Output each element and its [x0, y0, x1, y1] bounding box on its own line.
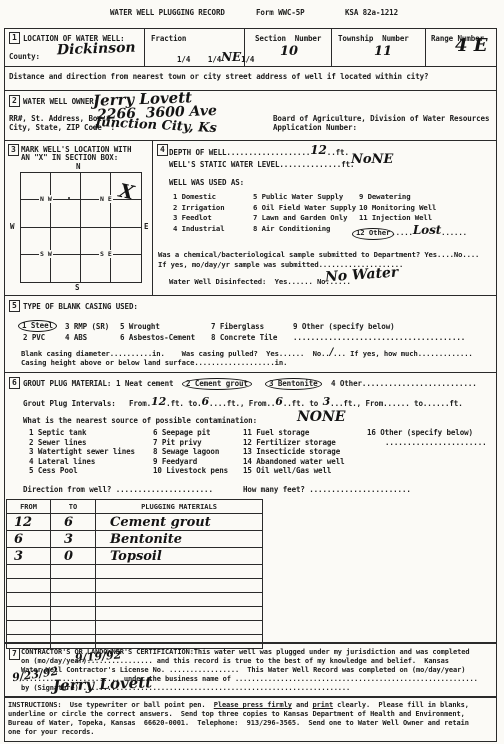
casing-option-asbestos: 6 Asbestos-Cement — [120, 333, 195, 342]
col-header-to: TO — [51, 500, 96, 514]
use-option: 7 Lawn and Garden Only — [253, 213, 356, 224]
table-row-empty — [7, 593, 263, 607]
table-header-row: FROM TO PLUGGING MATERIALS — [7, 500, 263, 514]
interval1-from-handwritten: 12 — [151, 395, 166, 408]
grout-option-bentonite: 3 Bentonite — [268, 379, 319, 388]
range-number-value: 4 E — [455, 37, 488, 55]
use-other-value-handwritten: Lost — [413, 223, 441, 237]
table-row: 3 0 Topsoil — [7, 548, 263, 565]
form-number: Form WWC-5P — [256, 8, 305, 17]
fraction-value: 1/4 1/4NE1/4 — [177, 52, 254, 64]
grout-option-other: 4 Other.......................... — [331, 379, 477, 388]
static-level-value-handwritten: NoNE — [351, 153, 393, 166]
section7-number: 7 — [9, 648, 20, 660]
use-option: 10 Monitoring Well — [359, 203, 436, 214]
contamination-option: 4 Lateral lines — [29, 457, 135, 467]
section5-number: 5 — [9, 300, 20, 312]
instructions-line4: one for your records. — [8, 728, 94, 736]
county-label: County: — [9, 52, 40, 61]
circled-steel-option: 1 Steel — [18, 320, 57, 332]
instructions-line2: underline or circle the correct answers.… — [8, 710, 465, 718]
uses-column1: 1 Domestic 2 Irrigation 3 Feedlot 4 Indu… — [173, 192, 225, 234]
fraction-label: Fraction — [151, 34, 186, 43]
water-well-plugging-record-form: WATER WELL PLUGGING RECORD Form WWC-5P K… — [0, 0, 504, 744]
form-title: WATER WELL PLUGGING RECORD — [110, 8, 225, 17]
contamination-option: 13 Insecticide storage — [243, 447, 345, 457]
material-value-handwritten: Bentonite — [96, 533, 262, 546]
township-number-value: 11 — [374, 45, 392, 58]
from-value-handwritten: 6 — [7, 533, 50, 546]
contamination-option: 6 Seepage pit — [153, 428, 228, 438]
section6-number: 6 — [9, 377, 20, 389]
casing-option-concrete: 8 Concrete Tile — [211, 333, 277, 342]
contamination-column2: 6 Seepage pit 7 Pit privy 8 Sewage lagoo… — [153, 428, 228, 476]
from-value-handwritten: 12 — [7, 516, 50, 529]
divider — [5, 66, 496, 67]
plugging-materials-table: FROM TO PLUGGING MATERIALS 12 6 Cement g… — [6, 499, 263, 649]
col-header-plugging-materials: PLUGGING MATERIALS — [96, 500, 263, 514]
table-row: 6 3 Bentonite — [7, 531, 263, 548]
depth-of-well-line: DEPTH OF WELL...................12..ft. — [169, 145, 349, 157]
contamination-question: What is the nearest source of possible c… — [23, 416, 257, 425]
contamination-option: 7 Pit privy — [153, 438, 228, 448]
contamination-option: 16 Other (specify below) — [367, 428, 487, 438]
board-of-agriculture-label: Board of Agriculture, Division of Water … — [273, 114, 489, 123]
contamination-option: 11 Fuel storage — [243, 428, 345, 438]
casing-option-other: 9 Other (specify below) — [293, 322, 395, 331]
section2-number: 2 — [9, 95, 20, 107]
disinfected-value-handwritten: No Water — [325, 265, 399, 284]
grid-east-label: E — [144, 222, 148, 231]
from-value-handwritten: 3 — [7, 550, 50, 563]
section3-number: 3 — [8, 144, 19, 156]
table-row-empty — [7, 621, 263, 635]
casing-pulled-no-mark: / — [330, 347, 334, 358]
section1-location-box: 1 LOCATION OF WATER WELL: Fraction Secti… — [4, 28, 497, 91]
use-option: 4 Industrial — [173, 224, 225, 235]
circled-use-other: 12 Other — [352, 228, 394, 240]
grout-option-cement-grout: 2 Cement grout — [185, 379, 249, 388]
disinfected-line: Water Well Disinfected: Yes...... No....… — [169, 278, 351, 287]
to-value-handwritten: 0 — [51, 550, 95, 563]
section5-title: TYPE OF BLANK CASING USED: — [23, 302, 138, 311]
sample-question-line1: Was a chemical/bacteriological sample su… — [158, 251, 479, 260]
grid-nw-label: N W — [39, 195, 53, 203]
casing-option-pvc: 2 PVC — [23, 333, 45, 342]
use-option-other-line: 12 Other.....Lost...... — [355, 225, 467, 238]
grid-north-label: N — [76, 162, 80, 171]
interval2-to-handwritten: 3 — [323, 395, 331, 408]
section-number-value: 10 — [280, 45, 298, 58]
use-option: 6 Oil Field Water Supply — [253, 203, 356, 214]
use-option: 2 Irrigation — [173, 203, 225, 214]
contamination-option: 15 Oil well/Gas well — [243, 466, 345, 476]
material-value-handwritten: Cement grout — [96, 516, 262, 529]
section1-number: 1 — [9, 32, 20, 44]
interval2-from-handwritten: 6 — [275, 395, 283, 408]
county-value-handwritten: Dickinson — [57, 41, 136, 58]
grid-dot-mark — [68, 197, 70, 199]
static-water-level-line: WELL'S STATIC WATER LEVEL..............f… — [169, 160, 354, 169]
section4-number: 4 — [157, 144, 168, 156]
statute-number: KSA 82a-1212 — [345, 8, 398, 17]
casing-option-wrought: 5 Wrought — [120, 322, 160, 331]
use-option: 11 Injection Well — [359, 213, 436, 224]
instructions-line3: Bureau of Water, Topeka, Kansas 66620-00… — [8, 719, 469, 727]
material-value-handwritten: Topsoil — [96, 550, 262, 563]
table-row-empty — [7, 607, 263, 621]
section7-certification-box: 7 CONTRACTOR'S OR LANDOWNER'S CERTIFICAT… — [4, 643, 497, 697]
section-number-label: Section Number — [255, 34, 321, 43]
to-value-handwritten: 3 — [51, 533, 95, 546]
grout-option-neat-cement: 1 Neat cement — [116, 379, 173, 388]
uses-column3: 9 Dewatering 10 Monitoring Well 11 Injec… — [359, 192, 436, 224]
casing-option-fiberglass: 7 Fiberglass — [211, 322, 264, 331]
grid-line — [21, 227, 141, 228]
grid-sw-label: S W — [39, 250, 53, 258]
interval1-to-handwritten: 6 — [201, 395, 209, 408]
grout-material-label: GROUT PLUG MATERIAL: — [23, 379, 111, 388]
casing-other-dots: ....................................... — [293, 333, 465, 342]
contamination-option: 3 Watertight sewer lines — [29, 447, 135, 457]
well-used-as-label: WELL WAS USED AS: — [169, 178, 244, 187]
table-row-empty — [7, 579, 263, 593]
contamination-option: 10 Livestock pens — [153, 466, 228, 476]
table-row: 12 6 Cement grout — [7, 514, 263, 531]
contamination-option: 1 Septic tank — [29, 428, 135, 438]
contamination-option: 14 Abandoned water well — [243, 457, 345, 467]
underlined-press-firmly: Please press firmly — [214, 701, 292, 709]
grid-south-label: S — [75, 283, 79, 292]
uses-column2: 5 Public Water Supply 6 Oil Field Water … — [253, 192, 356, 234]
contamination-option: 9 Feedyard — [153, 457, 228, 467]
grid-west-label: W — [10, 222, 14, 231]
section6-grout-box: 6 GROUT PLUG MATERIAL: 1 Neat cement 2 C… — [4, 372, 497, 643]
contamination-column1: 1 Septic tank 2 Sewer lines 3 Watertight… — [29, 428, 135, 476]
depth-value-handwritten: 12 — [310, 143, 327, 157]
instructions-box: INSTRUCTIONS: Use typewriter or ball poi… — [4, 697, 497, 742]
use-option: 3 Feedlot — [173, 213, 225, 224]
section4-depth-box: 4 DEPTH OF WELL...................12..ft… — [152, 140, 497, 296]
casing-option-rmp: 3 RMP (SR) — [65, 322, 109, 331]
certification-line3: Water Well Contractor's License No. ....… — [21, 666, 465, 674]
owner-label: WATER WELL OWNER: — [23, 97, 98, 106]
application-number-label: Application Number: — [273, 123, 357, 132]
contamination-value-handwritten: NONE — [297, 410, 345, 424]
section3-title-line2: AN "X" IN SECTION BOX: — [21, 153, 118, 162]
section2-owner-box: 2 WATER WELL OWNER: Jerry Lovett RR#, St… — [4, 90, 497, 141]
use-option: 9 Dewatering — [359, 192, 436, 203]
circled-cement-grout: 2 Cement grout — [182, 378, 252, 390]
date-plugged-handwritten: 9/19/92 — [75, 649, 122, 663]
contamination-column3: 11 Fuel storage 12 Fertilizer storage 13… — [243, 428, 345, 476]
grid-se-label: S E — [99, 250, 113, 258]
grout-intervals-line: Grout Plug Intervals: From.12.ft. to.6..… — [23, 397, 463, 408]
col-header-from: FROM — [7, 500, 51, 514]
casing-height-line: Casing height above or below land surfac… — [21, 359, 287, 368]
circled-bentonite: 3 Bentonite — [265, 378, 322, 390]
township-number-label: Township Number — [338, 34, 409, 43]
contamination-option: 2 Sewer lines — [29, 438, 135, 448]
contamination-option: 8 Sewage lagoon — [153, 447, 228, 457]
how-many-feet-question: How many feet? ....................... — [243, 485, 411, 494]
casing-option-steel: 1 Steel — [21, 321, 54, 330]
fraction-handwritten: NE — [221, 50, 241, 64]
instructions-line1: INSTRUCTIONS: Use typewriter or ball poi… — [8, 701, 469, 709]
use-option: 1 Domestic — [173, 192, 225, 203]
divider — [331, 29, 332, 66]
section3-location-grid-box: 3 MARK WELL'S LOCATION WITH AN "X" IN SE… — [4, 140, 153, 296]
distance-question: Distance and direction from nearest town… — [9, 72, 428, 81]
direction-from-well-question: Direction from well? ...................… — [23, 485, 213, 494]
to-value-handwritten: 6 — [51, 516, 95, 529]
use-option: 8 Air Conditioning — [253, 224, 356, 235]
contamination-other-dots: ....................... — [367, 438, 487, 448]
contamination-column4: 16 Other (specify below) ...............… — [367, 428, 487, 447]
underlined-print: print — [312, 701, 333, 709]
use-option: 5 Public Water Supply — [253, 192, 356, 203]
casing-option-abs: 4 ABS — [65, 333, 87, 342]
divider — [425, 29, 426, 66]
signature-handwritten: Jerry Lovett — [53, 675, 153, 693]
section5-casing-box: 5 TYPE OF BLANK CASING USED: 1 Steel 3 R… — [4, 295, 497, 373]
table-row-empty — [7, 565, 263, 579]
grid-ne-label: N E — [99, 195, 113, 203]
divider — [144, 29, 145, 66]
contamination-option: 5 Cess Pool — [29, 466, 135, 476]
contamination-option: 12 Fertilizer storage — [243, 438, 345, 448]
